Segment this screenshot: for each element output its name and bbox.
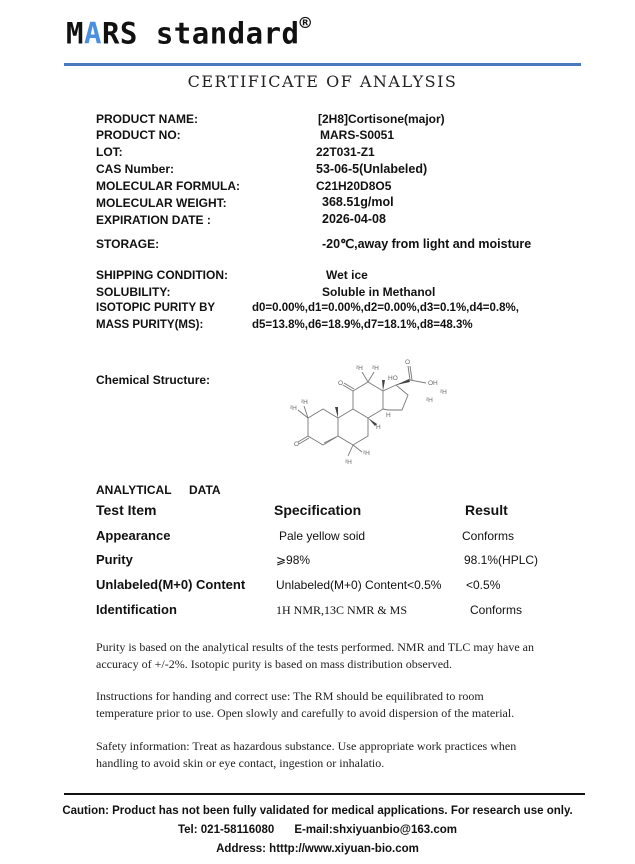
test-item-result: <0.5% xyxy=(466,578,500,592)
isotopic-value-line1: d0=0.00%,d1=0.00%,d2=0.00%,d3=0.1%,d4=0.… xyxy=(252,302,519,314)
svg-text:²H: ²H xyxy=(290,405,297,412)
product-name-label: PRODUCT NAME: xyxy=(96,112,198,126)
svg-text:OH: OH xyxy=(428,380,438,387)
shipping-value: Wet ice xyxy=(326,268,368,282)
column-header-specification: Specification xyxy=(274,502,361,518)
isotopic-value-line2: d5=13.8%,d6=18.9%,d7=18.1%,d8=48.3% xyxy=(252,319,473,331)
logo-letter-m: M xyxy=(66,17,84,51)
test-item-result: Conforms xyxy=(462,529,514,543)
email-link[interactable]: E-mail:shxiyuanbio@163.com xyxy=(294,824,457,836)
formula-value: C21H20D8O5 xyxy=(316,179,391,193)
solubility-label: SOLUBILITY: xyxy=(96,285,170,299)
isotopic-label-line2: MASS PURITY(MS): xyxy=(96,319,203,331)
footer-divider xyxy=(64,793,585,795)
header-divider xyxy=(64,63,581,66)
handling-instructions-note: Instructions for handing and correct use… xyxy=(96,688,536,722)
cas-value: 53-06-5(Unlabeled) xyxy=(316,162,427,176)
weight-value: 368.51g/mol xyxy=(322,195,394,209)
test-item-result: Conforms xyxy=(470,603,522,617)
column-header-test-item: Test Item xyxy=(96,502,156,518)
svg-text:H: H xyxy=(386,412,391,419)
expiration-label: EXPIRATION DATE : xyxy=(96,213,211,227)
svg-text:HO: HO xyxy=(388,375,398,382)
test-item-name: Purity xyxy=(96,552,133,567)
svg-text:²H: ²H xyxy=(372,365,379,372)
test-item-spec: 1H NMR,13C NMR & MS xyxy=(276,603,407,618)
expiration-value: 2026-04-08 xyxy=(322,212,386,226)
svg-text:O: O xyxy=(338,380,343,387)
document-title: CERTIFICATE OF ANALYSIS xyxy=(0,72,635,91)
test-item-spec: Unlabeled(M+0) Content<0.5% xyxy=(276,578,441,592)
test-item-name: Unlabeled(M+0) Content xyxy=(96,577,245,592)
contact-line: Tel: 021-58116080E-mail:shxiyuanbio@163.… xyxy=(0,824,635,836)
svg-text:²H: ²H xyxy=(356,365,363,372)
registered-mark: ® xyxy=(300,12,312,34)
lot-value: 22T031-Z1 xyxy=(316,145,375,159)
column-header-result: Result xyxy=(465,502,508,518)
isotopic-label-line1: ISOTOPIC PURITY BY xyxy=(96,302,215,314)
cas-label: CAS Number: xyxy=(96,162,174,176)
address-link[interactable]: Address: htttp://www.xiyuan-bio.com xyxy=(0,843,635,855)
purity-note: Purity is based on the analytical result… xyxy=(96,639,536,673)
safety-information-note: Safety information: Treat as hazardous s… xyxy=(96,738,536,772)
product-no-label: PRODUCT NO: xyxy=(96,128,181,142)
svg-text:²H: ²H xyxy=(426,397,433,404)
test-item-result: 98.1%(HPLC) xyxy=(464,553,538,567)
weight-label: MOLECULAR WEIGHT: xyxy=(96,196,227,210)
svg-text:²H: ²H xyxy=(363,450,370,457)
analytical-heading-word1: ANALYTICAL xyxy=(96,483,172,497)
svg-text:²H: ²H xyxy=(301,399,308,406)
storage-value: -20℃,away from light and moisture xyxy=(322,236,531,251)
caution-text: Caution: Product has not been fully vali… xyxy=(0,805,635,817)
telephone: Tel: 021-58116080 xyxy=(178,824,274,836)
brand-logo: MARS standard® xyxy=(66,16,311,51)
test-item-spec: ⩾98% xyxy=(276,553,310,567)
chemical-structure-label: Chemical Structure: xyxy=(96,373,210,387)
cortisone-d8-structure-icon: O O O OH HO H H ²H ²H ²H ²H ²H ²H ²H ²H xyxy=(288,350,508,470)
formula-label: MOLECULAR FORMULA: xyxy=(96,179,240,193)
svg-text:O: O xyxy=(294,441,299,448)
product-name-value: [2H8]Cortisone(major) xyxy=(318,112,445,126)
logo-letter-a-accent: A xyxy=(84,17,102,51)
shipping-label: SHIPPING CONDITION: xyxy=(96,268,228,282)
storage-label: STORAGE: xyxy=(96,237,159,251)
test-item-spec: Pale yellow soid xyxy=(279,529,365,543)
logo-text: RS standard xyxy=(102,17,300,51)
svg-text:O: O xyxy=(405,359,410,366)
svg-text:H: H xyxy=(376,424,381,431)
svg-text:²H: ²H xyxy=(440,389,447,396)
product-no-value: MARS-S0051 xyxy=(320,128,394,142)
analytical-heading-word2: DATA xyxy=(189,483,221,497)
lot-label: LOT: xyxy=(96,145,123,159)
svg-text:²H: ²H xyxy=(345,459,352,466)
chemical-structure-image: O O O OH HO H H ²H ²H ²H ²H ²H ²H ²H ²H xyxy=(288,350,508,470)
test-item-name: Identification xyxy=(96,602,177,617)
test-item-name: Appearance xyxy=(96,528,170,543)
solubility-value: Soluble in Methanol xyxy=(322,285,435,299)
